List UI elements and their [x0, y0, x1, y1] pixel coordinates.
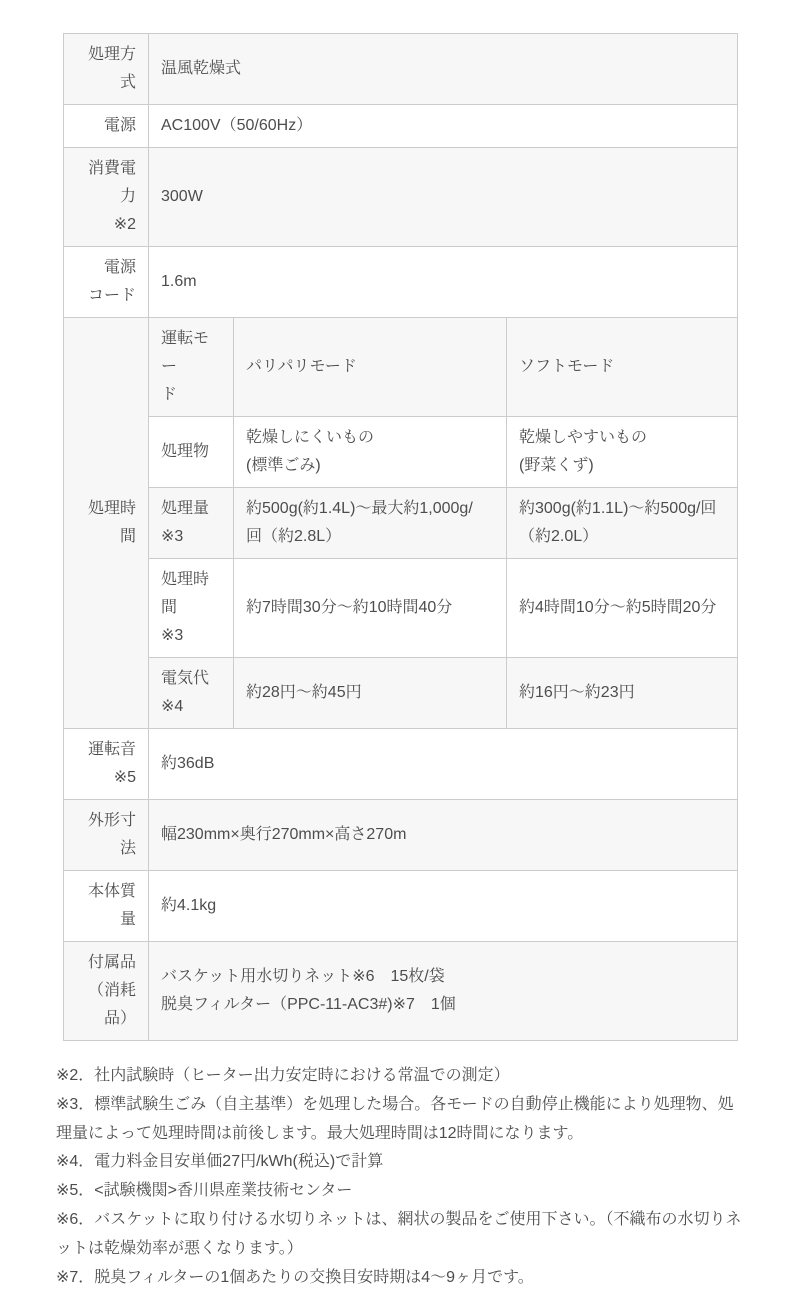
spec-value: 300W — [149, 148, 738, 247]
spec-table: 処理方式 温風乾燥式 電源 AC100V（50/60Hz） 消費電力 ※2 30… — [63, 33, 738, 1041]
spec-sublabel: 運転モー ド — [149, 318, 234, 417]
spec-row-processed-items: 処理物 乾燥しにくいもの (標準ごみ) 乾燥しやすいもの (野菜くず) — [64, 417, 738, 488]
footnote-3: ※3．標準試験生ごみ（自主基準）を処理した場合。各モードの自動停止機能により処理… — [56, 1091, 748, 1149]
spec-row-operation-mode: 処理時間 運転モー ド パリパリモード ソフトモード — [64, 318, 738, 417]
spec-sublabel: 処理時間 ※3 — [149, 559, 234, 658]
spec-value-soft: 約4時間10分～約5時間20分 — [507, 559, 738, 658]
spec-label: 運転音 ※5 — [64, 729, 149, 800]
spec-sublabel: 電気代 ※4 — [149, 658, 234, 729]
spec-sublabel: 処理量 ※3 — [149, 488, 234, 559]
spec-value-paripari-mode: パリパリモード — [234, 318, 507, 417]
footnotes: ※2．社内試験時（ヒーター出力安定時における常温での測定） ※3．標準試験生ごみ… — [56, 1062, 748, 1292]
spec-row-processing-amount: 処理量 ※3 約500g(約1.4L)～最大約1,000g/ 回（約2.8L） … — [64, 488, 738, 559]
footnote-4: ※4．電力料金目安単価27円/kWh(税込)で計算 — [56, 1148, 748, 1177]
spec-value-paripari: 乾燥しにくいもの (標準ごみ) — [234, 417, 507, 488]
spec-row-dimensions: 外形寸法 幅230mm×奥行270mm×高さ270m — [64, 800, 738, 871]
spec-label: 付属品 （消耗 品） — [64, 942, 149, 1041]
spec-value: 約4.1kg — [149, 871, 738, 942]
spec-row-power-source: 電源 AC100V（50/60Hz） — [64, 105, 738, 148]
spec-value-soft: 約300g(約1.1L)～約500g/回 （約2.0L） — [507, 488, 738, 559]
footnote-2: ※2．社内試験時（ヒーター出力安定時における常温での測定） — [56, 1062, 748, 1091]
footnote-7: ※7．脱臭フィルターの1個あたりの交換目安時期は4～9ヶ月です。 — [56, 1264, 748, 1293]
spec-group-label-processing-time: 処理時間 — [64, 318, 149, 729]
spec-value-soft: 約16円～約23円 — [507, 658, 738, 729]
spec-label: 電源 — [64, 105, 149, 148]
spec-row-power-cord: 電源 コード 1.6m — [64, 247, 738, 318]
spec-label: 本体質量 — [64, 871, 149, 942]
spec-row-accessories: 付属品 （消耗 品） バスケット用水切りネット※6 15枚/袋 脱臭フィルター（… — [64, 942, 738, 1041]
footnote-6: ※6．バスケットに取り付ける水切りネットは、網状の製品をご使用下さい。（不織布の… — [56, 1206, 748, 1264]
spec-row-operating-noise: 運転音 ※5 約36dB — [64, 729, 738, 800]
spec-label: 消費電力 ※2 — [64, 148, 149, 247]
spec-value: 1.6m — [149, 247, 738, 318]
spec-row-electricity-cost: 電気代 ※4 約28円～約45円 約16円～約23円 — [64, 658, 738, 729]
spec-value: 温風乾燥式 — [149, 34, 738, 105]
spec-label: 電源 コード — [64, 247, 149, 318]
spec-value-paripari: 約7時間30分～約10時間40分 — [234, 559, 507, 658]
footnote-5: ※5．<試験機関>香川県産業技術センター — [56, 1177, 748, 1206]
spec-row-processing-method: 処理方式 温風乾燥式 — [64, 34, 738, 105]
spec-value-soft: 乾燥しやすいもの (野菜くず) — [507, 417, 738, 488]
spec-label: 処理方式 — [64, 34, 149, 105]
spec-row-weight: 本体質量 約4.1kg — [64, 871, 738, 942]
spec-value-paripari: 約28円～約45円 — [234, 658, 507, 729]
spec-value-soft-mode: ソフトモード — [507, 318, 738, 417]
spec-section: 処理方式 温風乾燥式 電源 AC100V（50/60Hz） 消費電力 ※2 30… — [0, 0, 800, 1312]
spec-value: 約36dB — [149, 729, 738, 800]
spec-row-processing-time: 処理時間 ※3 約7時間30分～約10時間40分 約4時間10分～約5時間20分 — [64, 559, 738, 658]
spec-value: AC100V（50/60Hz） — [149, 105, 738, 148]
spec-sublabel: 処理物 — [149, 417, 234, 488]
spec-value: 幅230mm×奥行270mm×高さ270m — [149, 800, 738, 871]
spec-value-paripari: 約500g(約1.4L)～最大約1,000g/ 回（約2.8L） — [234, 488, 507, 559]
spec-label: 外形寸法 — [64, 800, 149, 871]
spec-value: バスケット用水切りネット※6 15枚/袋 脱臭フィルター（PPC-11-AC3#… — [149, 942, 738, 1041]
spec-row-power-consumption: 消費電力 ※2 300W — [64, 148, 738, 247]
